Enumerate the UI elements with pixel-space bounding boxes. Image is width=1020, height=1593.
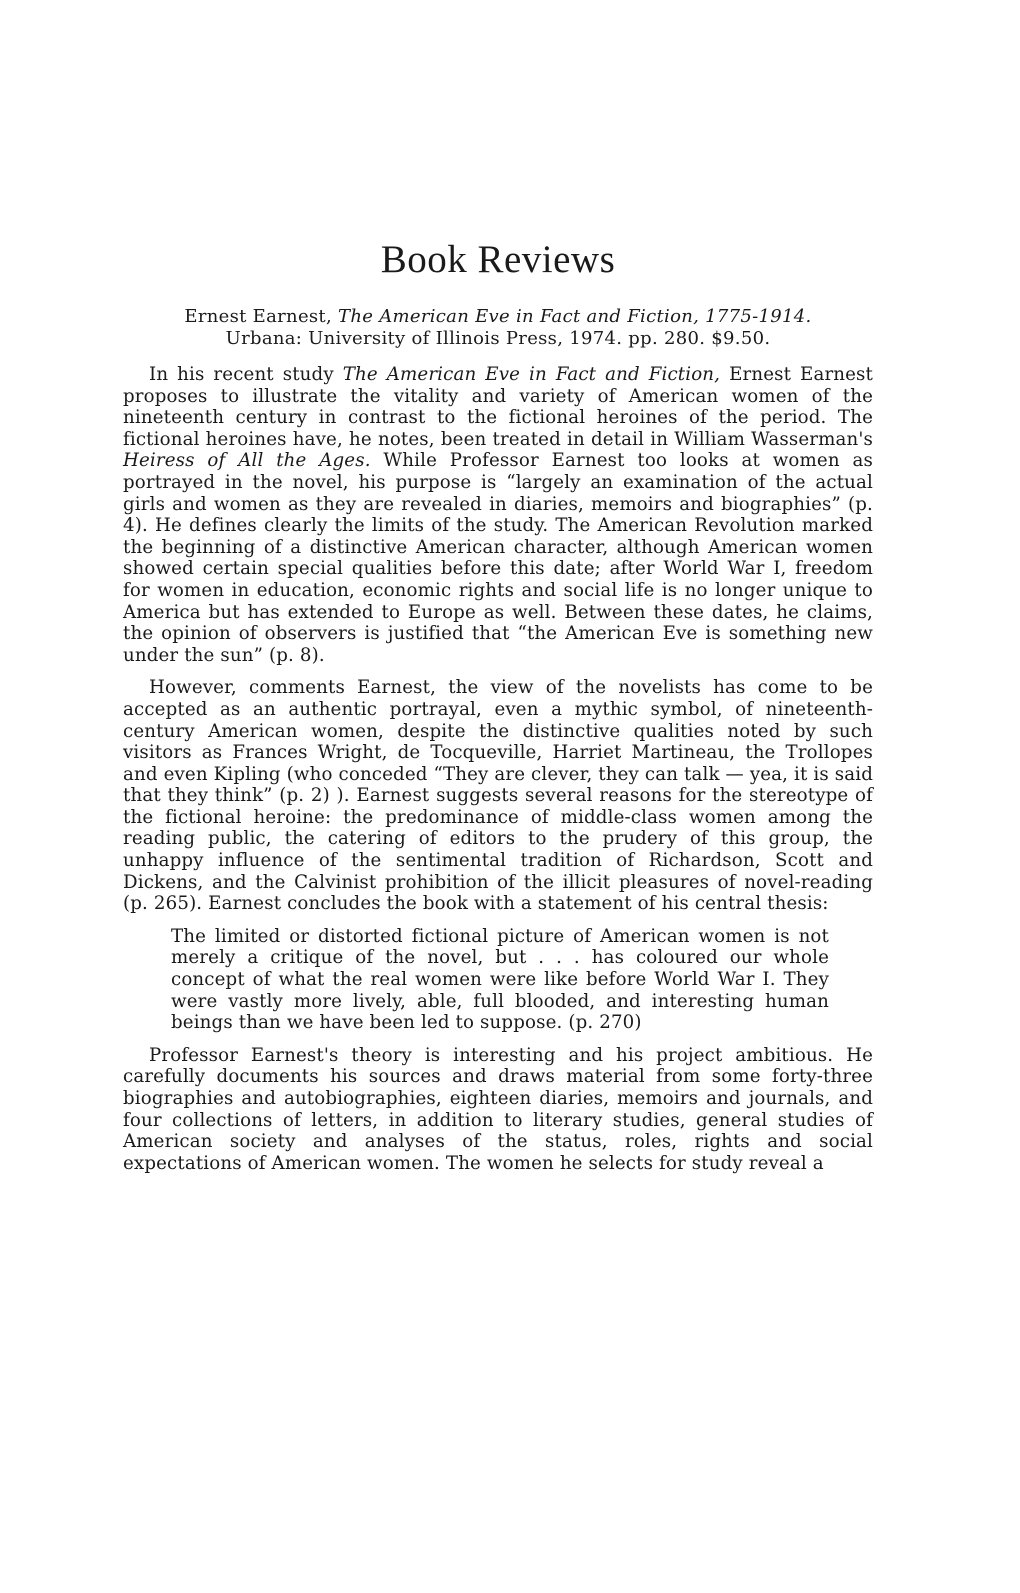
text-run: While Professor Earnest too looks at wom… [123, 450, 873, 665]
citation-book-title: The American Eve in Fact and Fiction, 17… [338, 306, 812, 327]
text-run: However, comments Earnest, the view of t… [123, 677, 873, 914]
block-quote: The limited or distorted fictional pictu… [171, 926, 829, 1034]
paragraph-3: Professor Earnest's theory is interestin… [123, 1045, 873, 1175]
citation-author: Ernest Earnest, [184, 306, 332, 327]
review-body: In his recent study The American Eve in … [123, 364, 873, 1185]
paragraph-2: However, comments Earnest, the view of t… [123, 677, 873, 915]
text-run: In his recent study [149, 364, 343, 385]
italic-title: The American Eve in Fact and Fiction, [343, 364, 720, 385]
section-title: Book Reviews [123, 236, 873, 284]
citation-line-1: Ernest Earnest, The American Eve in Fact… [123, 306, 873, 328]
citation-publication: Urbana: University of Illinois Press, 19… [123, 328, 873, 350]
paragraph-1: In his recent study The American Eve in … [123, 364, 873, 666]
book-citation: Ernest Earnest, The American Eve in Fact… [123, 306, 873, 350]
italic-title: Heiress of All the Ages. [123, 450, 371, 471]
